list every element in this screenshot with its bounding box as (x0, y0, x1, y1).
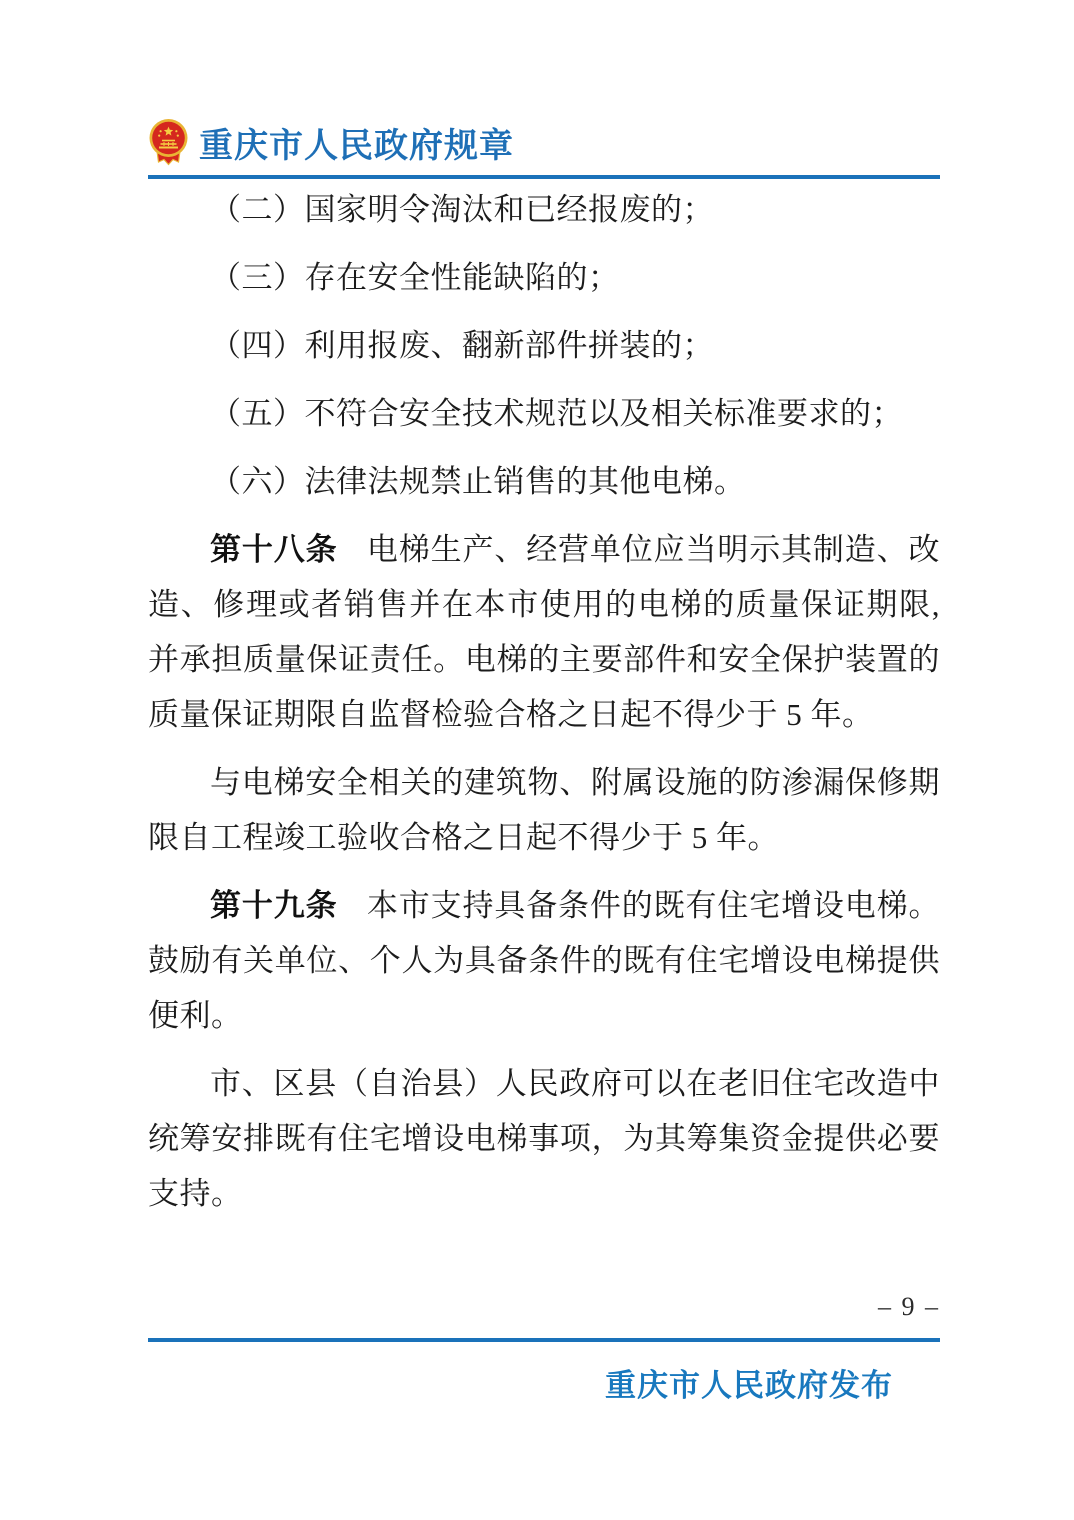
list-item: （五）不符合安全技术规范以及相关标准要求的； (148, 386, 940, 441)
list-item: （四）利用报废、翻新部件拼装的； (148, 318, 940, 373)
list-item: （三）存在安全性能缺陷的； (148, 250, 940, 305)
body-paragraph: 市、区县（自治县）人民政府可以在老旧住宅改造中统筹安排既有住宅增设电梯事项，为其… (148, 1056, 940, 1221)
document-page: 重庆市人民政府规章 （二）国家明令淘汰和已经报废的； （三）存在安全性能缺陷的；… (0, 0, 1074, 1520)
document-body: （二）国家明令淘汰和已经报废的； （三）存在安全性能缺陷的； （四）利用报废、翻… (148, 182, 940, 1234)
page-header-title: 重庆市人民政府规章 (199, 118, 514, 167)
page-number: – 9 – (148, 1292, 940, 1322)
header-divider (148, 175, 940, 179)
article-number: 第十八条 (210, 532, 337, 567)
page-header: 重庆市人民政府规章 (148, 117, 940, 167)
footer-divider (148, 1338, 940, 1342)
publisher-label: 重庆市人民政府发布 (148, 1360, 893, 1405)
article-paragraph: 第十八条电梯生产、经营单位应当明示其制造、改造、修理或者销售并在本市使用的电梯的… (148, 522, 940, 742)
list-item: （二）国家明令淘汰和已经报废的； (148, 182, 940, 237)
body-paragraph: 与电梯安全相关的建筑物、附属设施的防渗漏保修期限自工程竣工验收合格之日起不得少于… (148, 755, 940, 865)
list-item: （六）法律法规禁止销售的其他电梯。 (148, 454, 940, 509)
national-emblem-icon (148, 118, 189, 166)
article-number: 第十九条 (210, 888, 337, 923)
article-paragraph: 第十九条本市支持具备条件的既有住宅增设电梯。鼓励有关单位、个人为具备条件的既有住… (148, 878, 940, 1043)
